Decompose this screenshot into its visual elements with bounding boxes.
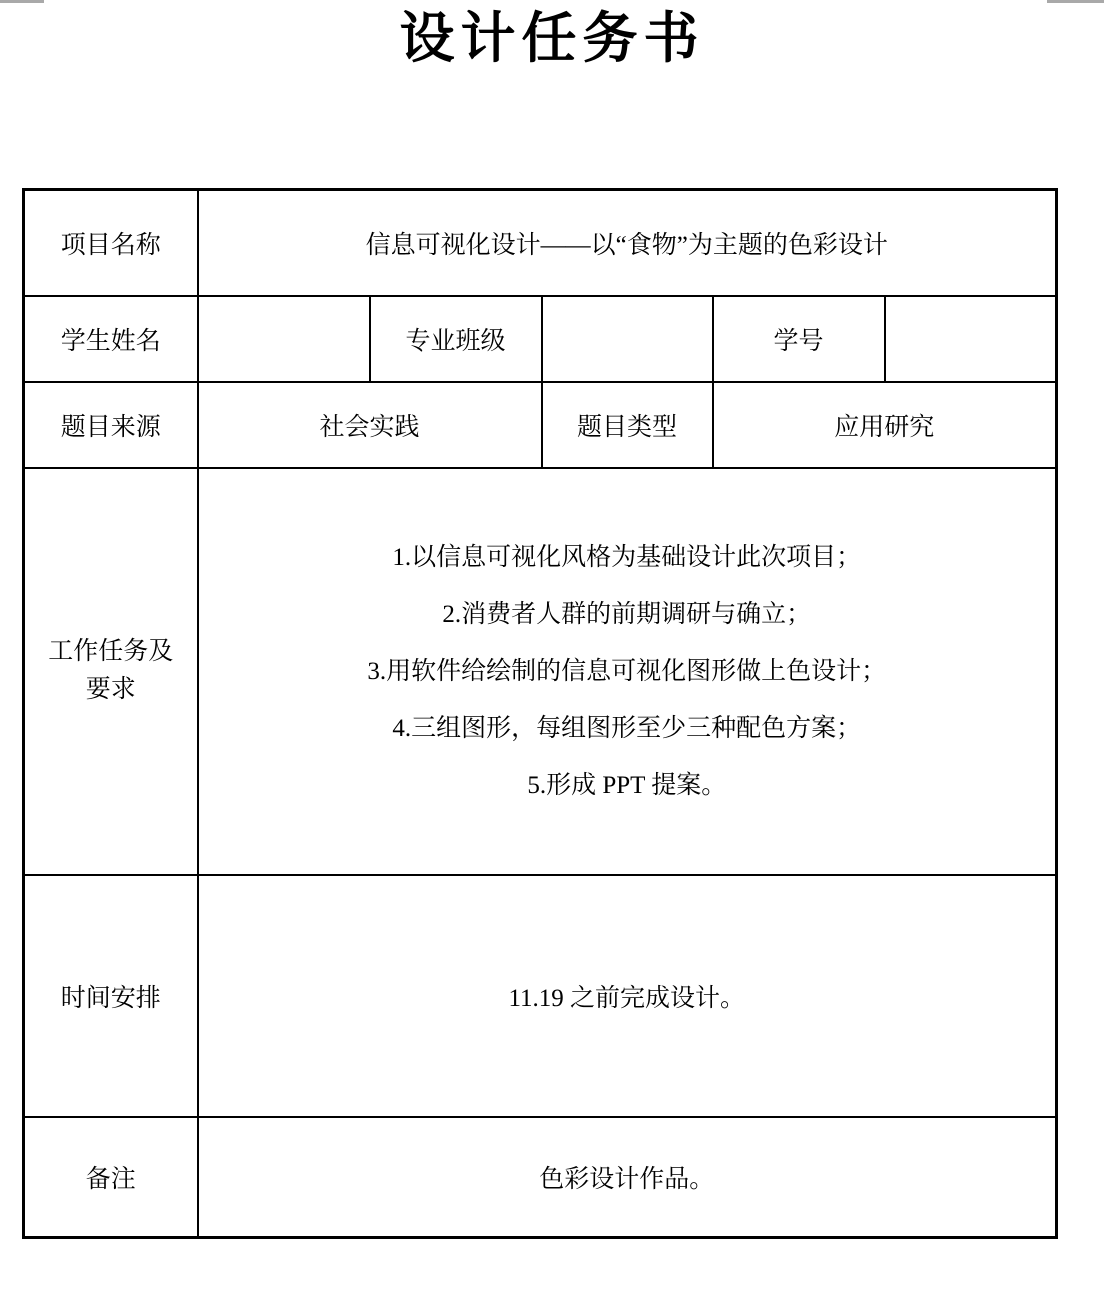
task-item-4: 4.三组图形，每组图形至少三种配色方案；: [199, 700, 1056, 757]
student-name-value-cell: [198, 296, 370, 382]
major-class-label-cell: 专业班级: [370, 296, 542, 382]
task-list: 1.以信息可视化风格为基础设计此次项目； 2.消费者人群的前期调研与确立； 3.…: [199, 529, 1056, 814]
topic-source-value-cell: 社会实践: [198, 382, 542, 468]
task-item-3: 3.用软件给绘制的信息可视化图形做上色设计；: [199, 643, 1056, 700]
task-item-1: 1.以信息可视化风格为基础设计此次项目；: [199, 529, 1056, 586]
student-id-value-cell: [885, 296, 1057, 382]
project-name-label-cell: 项目名称: [24, 190, 198, 296]
task-item-5: 5.形成 PPT 提案。: [199, 757, 1056, 814]
work-tasks-label-line2: 要求: [25, 671, 197, 709]
remarks-value-cell: 色彩设计作品。: [198, 1117, 1057, 1238]
student-id-label-cell: 学号: [713, 296, 885, 382]
student-name-label-cell: 学生姓名: [24, 296, 198, 382]
project-name-value-cell: 信息可视化设计——以“食物”为主题的色彩设计: [198, 190, 1057, 296]
page-title: 设计任务书: [0, 0, 1104, 78]
work-tasks-row: 工作任务及 要求 1.以信息可视化风格为基础设计此次项目； 2.消费者人群的前期…: [24, 468, 1057, 875]
work-tasks-value-cell: 1.以信息可视化风格为基础设计此次项目； 2.消费者人群的前期调研与确立； 3.…: [198, 468, 1057, 875]
topic-source-label-cell: 题目来源: [24, 382, 198, 468]
student-info-row: 学生姓名 专业班级 学号: [24, 296, 1057, 382]
topic-info-row: 题目来源 社会实践 题目类型 应用研究: [24, 382, 1057, 468]
schedule-label-cell: 时间安排: [24, 875, 198, 1117]
project-name-row: 项目名称 信息可视化设计——以“食物”为主题的色彩设计: [24, 190, 1057, 296]
remarks-label-cell: 备注: [24, 1117, 198, 1238]
work-tasks-label-cell: 工作任务及 要求: [24, 468, 198, 875]
topic-type-value-cell: 应用研究: [713, 382, 1057, 468]
work-tasks-label-line1: 工作任务及: [25, 633, 197, 671]
topic-type-label-cell: 题目类型: [542, 382, 713, 468]
task-item-2: 2.消费者人群的前期调研与确立；: [199, 586, 1056, 643]
major-class-value-cell: [542, 296, 713, 382]
design-task-table: 项目名称 信息可视化设计——以“食物”为主题的色彩设计 学生姓名 专业班级 学号…: [22, 188, 1058, 1239]
schedule-row: 时间安排 11.19 之前完成设计。: [24, 875, 1057, 1117]
remarks-row: 备注 色彩设计作品。: [24, 1117, 1057, 1238]
work-tasks-label: 工作任务及 要求: [25, 633, 197, 709]
schedule-value-cell: 11.19 之前完成设计。: [198, 875, 1057, 1117]
